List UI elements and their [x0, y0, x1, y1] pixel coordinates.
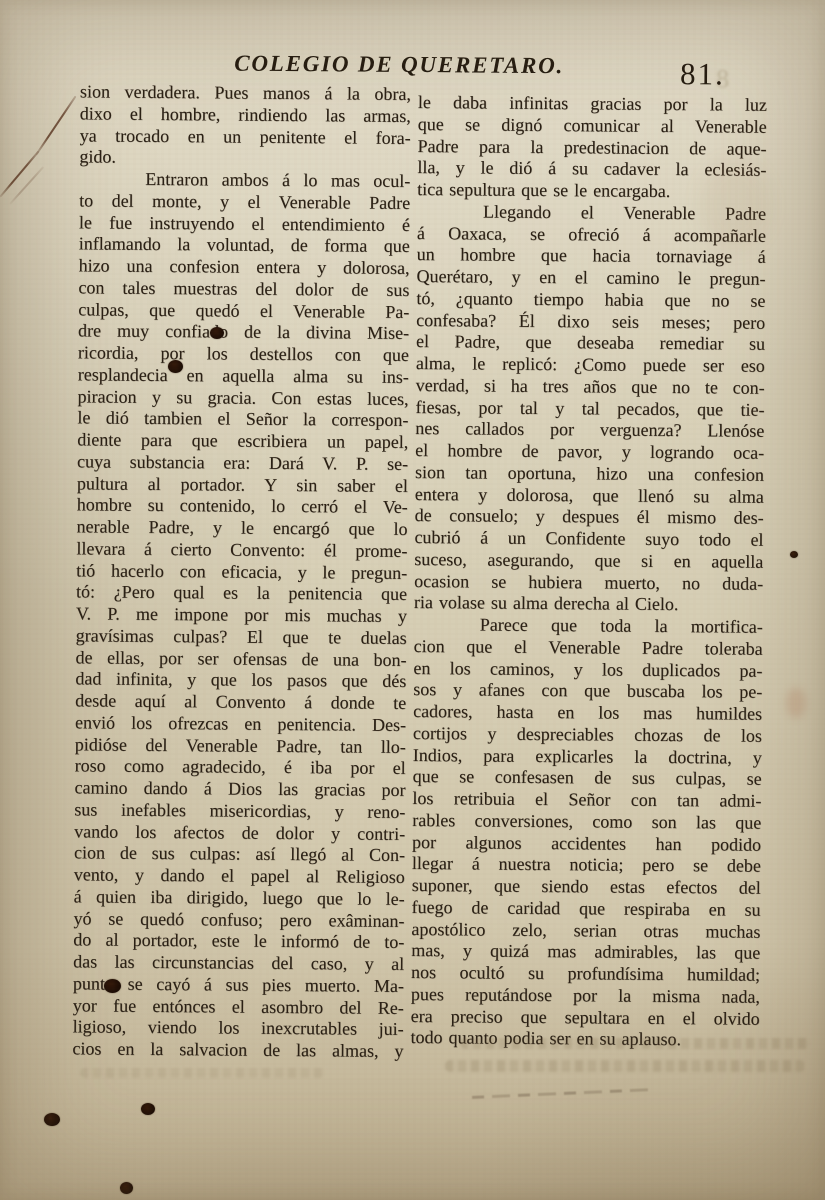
- text-line: pues reputándose por la misma nada,: [411, 984, 760, 1008]
- text-line: cortijos y despreciables chozas de los: [413, 723, 762, 747]
- text-line: tió hacerlo con eficacia, y le pregun-: [76, 560, 407, 584]
- ink-spot: [168, 360, 183, 373]
- text-line: yó se quedó confuso; pero exâminan-: [73, 908, 404, 932]
- text-line: ya trocado en un penitente el fora-: [80, 125, 411, 149]
- text-line: lla, y le dió á su cadaver la eclesiás-: [417, 157, 766, 181]
- text-line: dixo el hombre, rindiendo las armas,: [80, 103, 411, 127]
- page-content: COLEGIO DE QUERETARO. 8 81. sion verdade…: [0, 0, 825, 1200]
- ink-spot: [104, 979, 121, 993]
- text-line: gido.: [79, 147, 410, 171]
- text-line: verdad, si ha tres años que no te con-: [416, 375, 765, 399]
- text-line: á Oaxaca, se ofreció á acompañarle: [417, 223, 766, 247]
- text-line: pultura al portador. Y sin saber el: [77, 473, 408, 497]
- text-line: por algunos accidentes han podido: [412, 832, 761, 856]
- ink-spot: [790, 551, 798, 558]
- text-line: vento, y dando el papel al Religioso: [74, 864, 405, 888]
- text-line: cadores, hasta en los mas humildes: [413, 701, 762, 725]
- text-line: de consuelo; y despues él mismo des-: [415, 505, 764, 529]
- text-line: suceso, asegurando, que si en aquella: [414, 549, 763, 573]
- text-line: Querétaro, y en el camino le pregun-: [416, 266, 765, 290]
- right-text-column: le daba infinitas gracias por la luzque …: [410, 92, 767, 1052]
- text-line: fuego de caridad que respiraba en su: [411, 897, 760, 921]
- text-line: á quien iba dirigido, luego que lo le-: [74, 886, 405, 910]
- text-line: Entraron ambos á lo mas ocul-: [79, 168, 410, 192]
- text-line: dre muy confiado de la divina Mise-: [78, 321, 409, 345]
- text-line: el Padre, que deseaba remediar su: [416, 331, 765, 355]
- text-line: con tales muestras del dolor de sus: [78, 277, 409, 301]
- text-line: yor fue entónces el asombro del Re-: [73, 995, 404, 1019]
- text-line: mas, y quizá mas admirables, las que: [411, 940, 760, 964]
- text-line: confesaba? Él dixo seis meses; pero: [416, 310, 765, 334]
- text-line: cubrió á un Confidente suyo todo el: [414, 527, 763, 551]
- text-line: hombre su contenido, lo cerró el Ve-: [77, 495, 408, 519]
- text-line: el hombre de pavor, y logrando oca-: [415, 440, 764, 464]
- ink-spot: [210, 327, 224, 339]
- ink-spot: [44, 1113, 60, 1126]
- text-line: Parece que toda la mortifica-: [414, 614, 763, 638]
- text-line: apostólico zelo, serian otras muchas: [411, 919, 760, 943]
- text-line: en los caminos, y los duplicados pa-: [413, 658, 762, 682]
- text-line: envió los ofrezcas en penitencia. Des-: [75, 712, 406, 736]
- text-line: inflamando la voluntad, de forma que: [79, 234, 410, 258]
- text-line: nes callados por verguenza? Llenóse: [415, 418, 764, 442]
- text-line: tó, ¿quanto tiempo habia que no se: [416, 288, 765, 312]
- text-line: desde aquí al Convento á donde te: [75, 690, 406, 714]
- book-page: COLEGIO DE QUERETARO. 8 81. sion verdade…: [0, 0, 825, 1200]
- running-header: COLEGIO DE QUERETARO.: [4, 49, 794, 81]
- text-line: cuya substancia era: Dará V. P. se-: [77, 451, 408, 475]
- text-line: un hombre que hacia tornaviage á: [417, 244, 766, 268]
- text-line: ocasion se hubiera muerto, no duda-: [414, 571, 763, 595]
- text-line: ligioso, viendo los inexcrutables jui-: [73, 1017, 404, 1041]
- text-line: ricordia, por los destellos con que: [78, 342, 409, 366]
- text-line: tó: ¿Pero qual es la penitencia que: [76, 582, 407, 606]
- text-line: dad infinita, y que los pasos que dés: [75, 669, 406, 693]
- text-line: Padre para la predestinacion de aque-: [417, 136, 766, 160]
- text-line: de ellas, por ser ofensas de una bon-: [75, 647, 406, 671]
- text-line: nos ocultó su profundísima humildad;: [411, 962, 760, 986]
- text-line: sion verdadera. Pues manos á la obra,: [80, 81, 411, 105]
- text-line: era preciso que sepultara en el olvido: [411, 1006, 760, 1030]
- text-line: do al portador, este le informó de to-: [73, 930, 404, 954]
- text-line: sion tan oportuna, hizo una confesion: [415, 462, 764, 486]
- text-line: le fue instruyendo el entendimiento é: [79, 212, 410, 236]
- text-line: cios en la salvacion de las almas, y: [72, 1038, 403, 1062]
- ink-spot: [120, 1182, 133, 1194]
- text-line: que se dignó comunicar al Venerable: [418, 114, 767, 138]
- text-line: hizo una confesion entera y dolorosa,: [79, 255, 410, 279]
- text-line: nerable Padre, y le encargó que lo: [76, 516, 407, 540]
- text-line: sus inefables misericordias, y reno-: [74, 799, 405, 823]
- text-line: alma, le replicó: ¿Como puede ser eso: [416, 353, 765, 377]
- text-line: sos y afanes con que buscaba los pe-: [413, 679, 762, 703]
- text-line: fiesas, por tal y tal pecados, que tie-: [415, 397, 764, 421]
- text-line: llegar á nuestra noticia; pero se debe: [412, 853, 761, 877]
- text-line: cion que el Venerable Padre toleraba: [414, 636, 763, 660]
- text-line: los retribuia el Señor con tan admi-: [412, 788, 761, 812]
- text-line: das las circunstancias del caso, y al: [73, 951, 404, 975]
- text-line: tica sepultura que se le encargaba.: [417, 179, 766, 203]
- text-line: cion de sus culpas: así llegó al Con-: [74, 843, 405, 867]
- text-line: Indios, para explicarles la doctrina, y: [413, 745, 762, 769]
- text-line: culpas, que quedó el Venerable Pa-: [78, 299, 409, 323]
- text-line: resplandecia en aquella alma su ins-: [78, 364, 409, 388]
- ink-spot: [141, 1103, 155, 1115]
- text-line: diente para que escribiera un papel,: [77, 429, 408, 453]
- text-line: le dió tambien el Señor la correspon-: [77, 408, 408, 432]
- page-number: 81.: [680, 58, 725, 89]
- text-line: le daba infinitas gracias por la luz: [418, 92, 767, 116]
- text-line: entera y dolorosa, que llenó su alma: [415, 484, 764, 508]
- text-line: camino dando á Dios las gracias por: [74, 777, 405, 801]
- text-line: punto se cayó á sus pies muerto. Ma-: [73, 973, 404, 997]
- text-line: rables conversiones, como son las que: [412, 810, 761, 834]
- text-line: vando los afectos de dolor y contri-: [74, 821, 405, 845]
- text-line: piracion y su gracia. Con estas luces,: [78, 386, 409, 410]
- text-line: Llegando el Venerable Padre: [417, 201, 766, 225]
- text-line: pidióse del Venerable Padre, tan llo-: [75, 734, 406, 758]
- text-line: ria volase su alma derecha al Cielo.: [414, 592, 763, 616]
- text-line: que se confesasen de sus culpas, se: [413, 766, 762, 790]
- text-line: to del monte, y el Venerable Padre: [79, 190, 410, 214]
- text-line: V. P. me impone por mis muchas y: [76, 603, 407, 627]
- text-line: todo quanto podia ser en su aplauso.: [410, 1027, 759, 1051]
- text-line: roso como agradecido, é iba por el: [75, 756, 406, 780]
- text-line: gravísimas culpas? El que te duelas: [76, 625, 407, 649]
- text-line: llevara á cierto Convento: él prome-: [76, 538, 407, 562]
- left-text-column: sion verdadera. Pues manos á la obra,dix…: [72, 81, 411, 1062]
- text-line: suponer, que siendo estas efectos del: [412, 875, 761, 899]
